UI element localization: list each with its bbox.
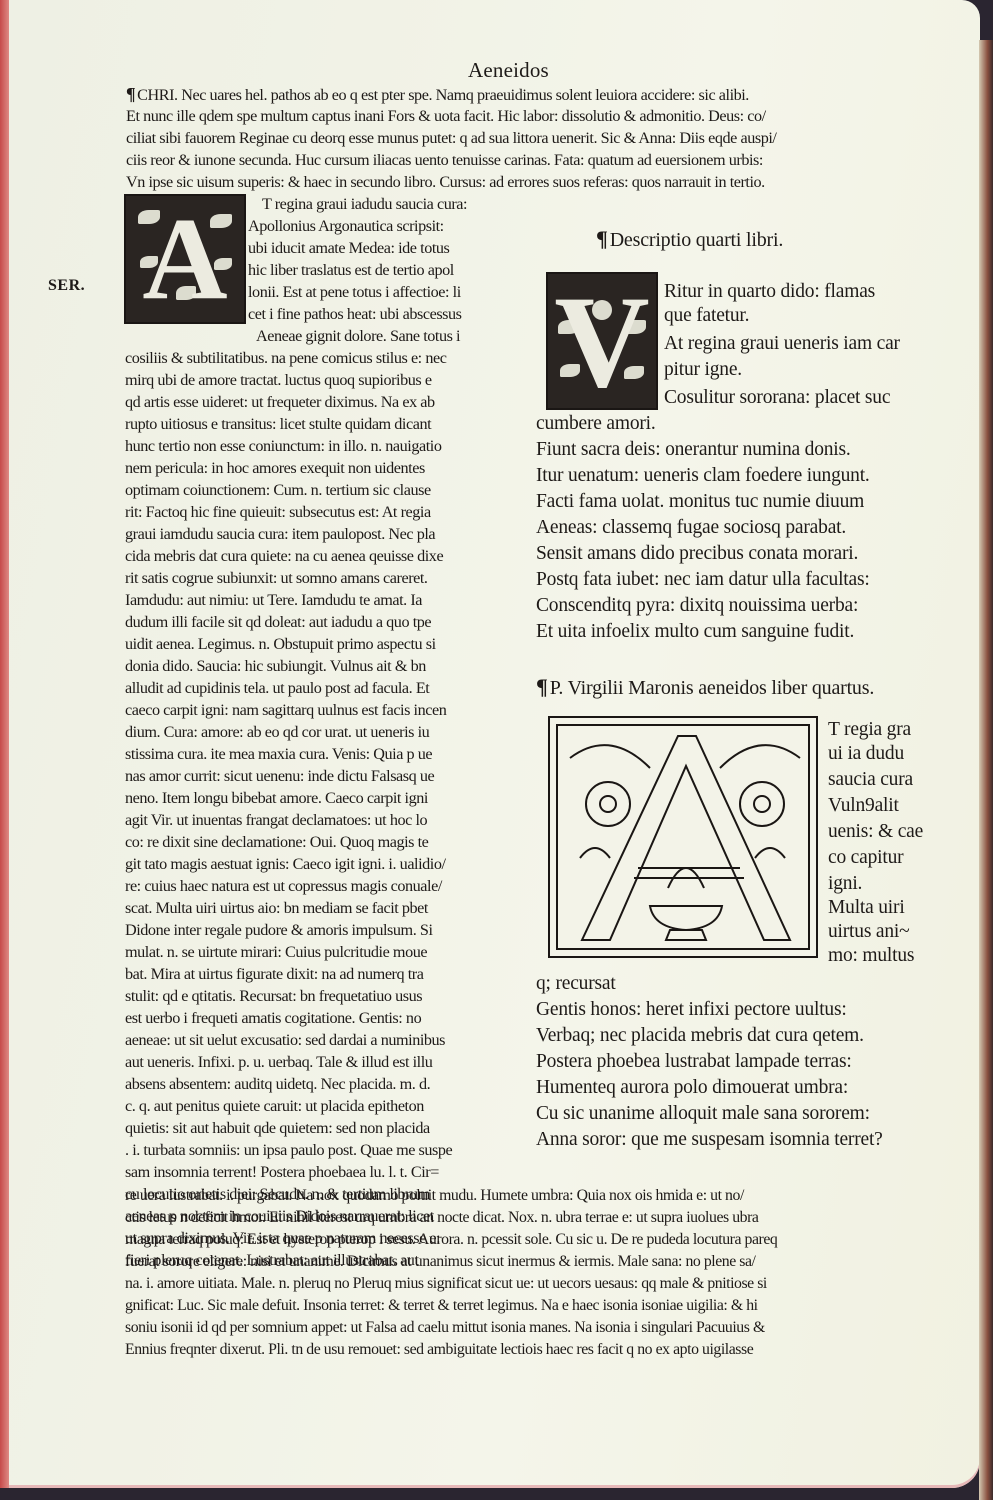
- argument-line: Et uita infoelix multo cum sanguine fudi…: [536, 622, 854, 642]
- commentary-line: Ennius freqnter dixerut. Pli. tn de usu …: [125, 1342, 753, 1358]
- argument-line: pitur igne.: [664, 360, 742, 380]
- commentary-line: aut ueneris. Infixi. p. u. uerbaq. Tale …: [125, 1054, 432, 1070]
- commentary-line: git tato magis aestuat ignis: Caeco igit…: [125, 856, 446, 872]
- margin-note-servius: SER.: [48, 277, 85, 295]
- commentary-line: re uera lustrabat. i. purgabat. Na nox q…: [125, 1188, 744, 1204]
- verse-line: mo: multus: [828, 946, 914, 966]
- commentary-line: Apollonius Argonautica scripsit:: [248, 218, 444, 234]
- verse-line: Vuln9alit: [828, 796, 899, 816]
- commentary-line: dium. Cura: amore: ab eo qd cor urat. ut…: [125, 724, 429, 740]
- verse-line: Postera phoebea lustrabat lampade terras…: [536, 1052, 852, 1072]
- commentary-line: uidit aenea. Legimus. n. Obstupuit primo…: [125, 636, 436, 652]
- commentary-line: ubi iducit amate Medea: ide totus: [248, 240, 449, 256]
- commentary-line: Vn ipse sic uisum superis: & haec in sec…: [126, 174, 765, 190]
- commentary-line: hunc tertio non esse coniunctum: in illo…: [125, 438, 441, 454]
- commentary-line: quietis: sit aut habuit qde quietem: sed…: [125, 1120, 430, 1136]
- verse-line: Verbaq; nec placida mebris dat cura qete…: [536, 1026, 864, 1046]
- verse-line: Anna soror: que me suspesam isomnia terr…: [536, 1130, 883, 1150]
- argument-line: Facti fama uolat. monitus tuc numie diuu…: [536, 492, 864, 512]
- commentary-line: c. q. aut penitus quiete caruit: ut plac…: [125, 1098, 424, 1114]
- argument-line: Aeneas: classemq fugae sociosq parabat.: [536, 518, 846, 538]
- argument-line: Sensit amans dido precibus conata morari…: [536, 544, 858, 564]
- initial-glyph: V: [554, 272, 649, 410]
- verse-line: T regia gra: [828, 720, 911, 740]
- argument-line: cumbere amori.: [536, 414, 656, 434]
- commentary-line: ¶CHRI. Nec uares hel. pathos ab eo q est…: [126, 86, 749, 104]
- running-head: Aeneidos: [468, 58, 549, 83]
- commentary-line: cet i fine pathos heat: ubi abscessus: [248, 306, 462, 322]
- commentary-line: caeco carpit igni: nam sagittarq uulnus …: [125, 702, 446, 718]
- commentary-line: stissima cura. ite mea maxia cura. Venis…: [125, 746, 432, 762]
- commentary-line: . i. turbata somniis: un ipsa paulo post…: [125, 1142, 452, 1158]
- commentary-line: nem pericula: in hoc amores exequit non …: [125, 460, 425, 476]
- commentary-line: hic liber traslatus est de tertio apol: [248, 262, 454, 278]
- commentary-line: stulit: qd e qtitatis. Recursat: bn freq…: [125, 988, 422, 1004]
- argument-line: Conscenditq pyra: dixitq nouissima uerba…: [536, 596, 858, 616]
- book-fore-edge: [979, 40, 993, 1500]
- commentary-line: sam insomnia terrent! Postera phoebaea l…: [125, 1164, 439, 1180]
- commentary-line: na. i. amore uitiata. Male. n. pleruq no…: [125, 1276, 767, 1292]
- argument-line: Cosulitur sororana: placet suc: [664, 388, 890, 408]
- book-page: Aeneidos SER. ¶CHRI. Nec uares hel. path…: [0, 0, 980, 1488]
- commentary-line: gnificat: Luc. Sic male defuit. Insonia …: [125, 1298, 758, 1314]
- commentary-line: donia dido. Saucia: hic subiungit. Vulnu…: [125, 658, 426, 674]
- verse-line: uenis: & cae: [828, 822, 923, 842]
- decorated-initial-a-outline: [548, 716, 818, 958]
- argument-line: que fatetur.: [664, 306, 749, 326]
- commentary-line: ciis reor & iunone secunda. Huc cursum i…: [126, 152, 763, 168]
- verse-line: Multa uiri: [828, 898, 905, 918]
- argument-line: At regina graui ueneris iam car: [664, 334, 900, 354]
- commentary-line: absens absentem: auditq uidetq. Nec plac…: [125, 1076, 430, 1092]
- commentary-line: fuerat sorore eligere: nisi et unanime. …: [125, 1254, 756, 1270]
- commentary-line: graui iamdudu saucia cura: item paulopos…: [125, 526, 435, 542]
- verse-line: saucia cura: [828, 770, 913, 790]
- commentary-line: neno. Item longu bibebat amore. Caeco ca…: [125, 790, 428, 806]
- commentary-line: qd artis esse uideret: ut frequeter dixi…: [125, 394, 435, 410]
- verse-line: uirtus ani~: [828, 922, 909, 942]
- commentary-line: rupto uitiosus e transitus: licet stulte…: [125, 416, 431, 432]
- commentary-line: lonii. Est at pene totus i affectioe: li: [248, 284, 461, 300]
- commentary-line: mulat. n. se uirtute mirari: Cuius pulcr…: [125, 944, 427, 960]
- commentary-line: rit satis cogrue subiunxit: ut somno ama…: [125, 570, 428, 586]
- commentary-line: cosiliis & subtilitatibus. na pene comic…: [125, 350, 446, 366]
- commentary-line: rit: Factoq hic fine quieuit: subsecutus…: [125, 504, 431, 520]
- verse-line: Gentis honos: heret infixi pectore uultu…: [536, 1000, 847, 1020]
- commentary-line: T regina graui iadudu saucia cura:: [262, 196, 467, 212]
- commentary-line: Aeneae gignit dolore. Sane totus i: [256, 328, 460, 344]
- commentary-line: Et nunc ille qdem spe multum captus inan…: [126, 108, 766, 124]
- commentary-line: cida mebris dat cura quiete: na cu aenea…: [125, 548, 443, 564]
- section-heading: ¶Descriptio quarti libri.: [596, 228, 783, 250]
- commentary-line: soniu isonii id qd per somnium appet: ut…: [125, 1320, 765, 1336]
- commentary-line: aeneae: ut sit uelut excusatio: sed dard…: [125, 1032, 445, 1048]
- commentary-line: ciliat sibi fauorem Reginae cu deorq ess…: [126, 130, 776, 146]
- commentary-line: agit Vir. ut inuentas frangat declamatoe…: [125, 812, 427, 828]
- decorated-initial-v-black: V: [546, 272, 658, 410]
- commentary-line: optimam coiunctionem: Cum. n. tertium si…: [125, 482, 431, 498]
- pilcrow-icon: ¶: [536, 674, 548, 699]
- argument-line: Ritur in quarto dido: flamas: [664, 282, 875, 302]
- commentary-line: magna terraq poluq: Est et hysterop pter…: [125, 1232, 777, 1248]
- commentary-line: bat. Mira at uirtus figurate dixit: na a…: [125, 966, 423, 982]
- commentary-line: scat. Multa uiri uirtus aio: bn mediam s…: [125, 900, 428, 916]
- commentary-line: Iamdudu: aut nimiu: ut Tere. Iamdudu te …: [125, 592, 422, 608]
- commentary-line: dudum illi facile sit qd doleat: aut iad…: [125, 614, 431, 630]
- pilcrow-icon: ¶: [596, 226, 608, 251]
- commentary-line: alludit ad cupidinis tela. ut paulo post…: [125, 680, 429, 696]
- commentary-line: mirq ubi de amore tractat. luctus quoq s…: [125, 372, 432, 388]
- argument-line: Postq fata iubet: nec iam datur ulla fac…: [536, 570, 870, 590]
- verse-line: q; recursat: [536, 974, 616, 994]
- commentary-line: est uerbo i frequeti amatis cogitatione.…: [125, 1010, 421, 1026]
- commentary-line: Didone inter regale pudore & amoris impu…: [125, 922, 433, 938]
- verse-line: Cu sic unanime alloquit male sana sorore…: [536, 1104, 870, 1124]
- verse-line: ui ia dudu: [828, 744, 904, 764]
- initial-glyph: A: [142, 194, 227, 324]
- decorated-initial-a-black: A: [124, 194, 246, 324]
- book-title: ¶P. Virgilii Maronis aeneidos liber quar…: [536, 676, 874, 698]
- commentary-line: re: cuius haec natura est ut copressus m…: [125, 878, 442, 894]
- verse-line: Humenteq aurora polo dimouerat umbra:: [536, 1078, 848, 1098]
- argument-line: Fiunt sacra deis: onerantur numina donis…: [536, 440, 851, 460]
- page-edge-red: [0, 0, 9, 1488]
- commentary-line: nas amor currit: sicut uenenu: inde dict…: [125, 768, 434, 784]
- verse-line: co capitur: [828, 848, 903, 868]
- ornamental-letter-a-icon: [550, 718, 816, 956]
- pilcrow-icon: ¶: [126, 84, 135, 104]
- commentary-line: ctis letus n deficit hmor. Et nihil iter…: [125, 1210, 758, 1226]
- verse-line: igni.: [828, 874, 862, 894]
- commentary-line: co: re dixit sine declamatione: Oui. Quo…: [125, 834, 428, 850]
- argument-line: Itur uenatum: ueneris clam foedere iungu…: [536, 466, 870, 486]
